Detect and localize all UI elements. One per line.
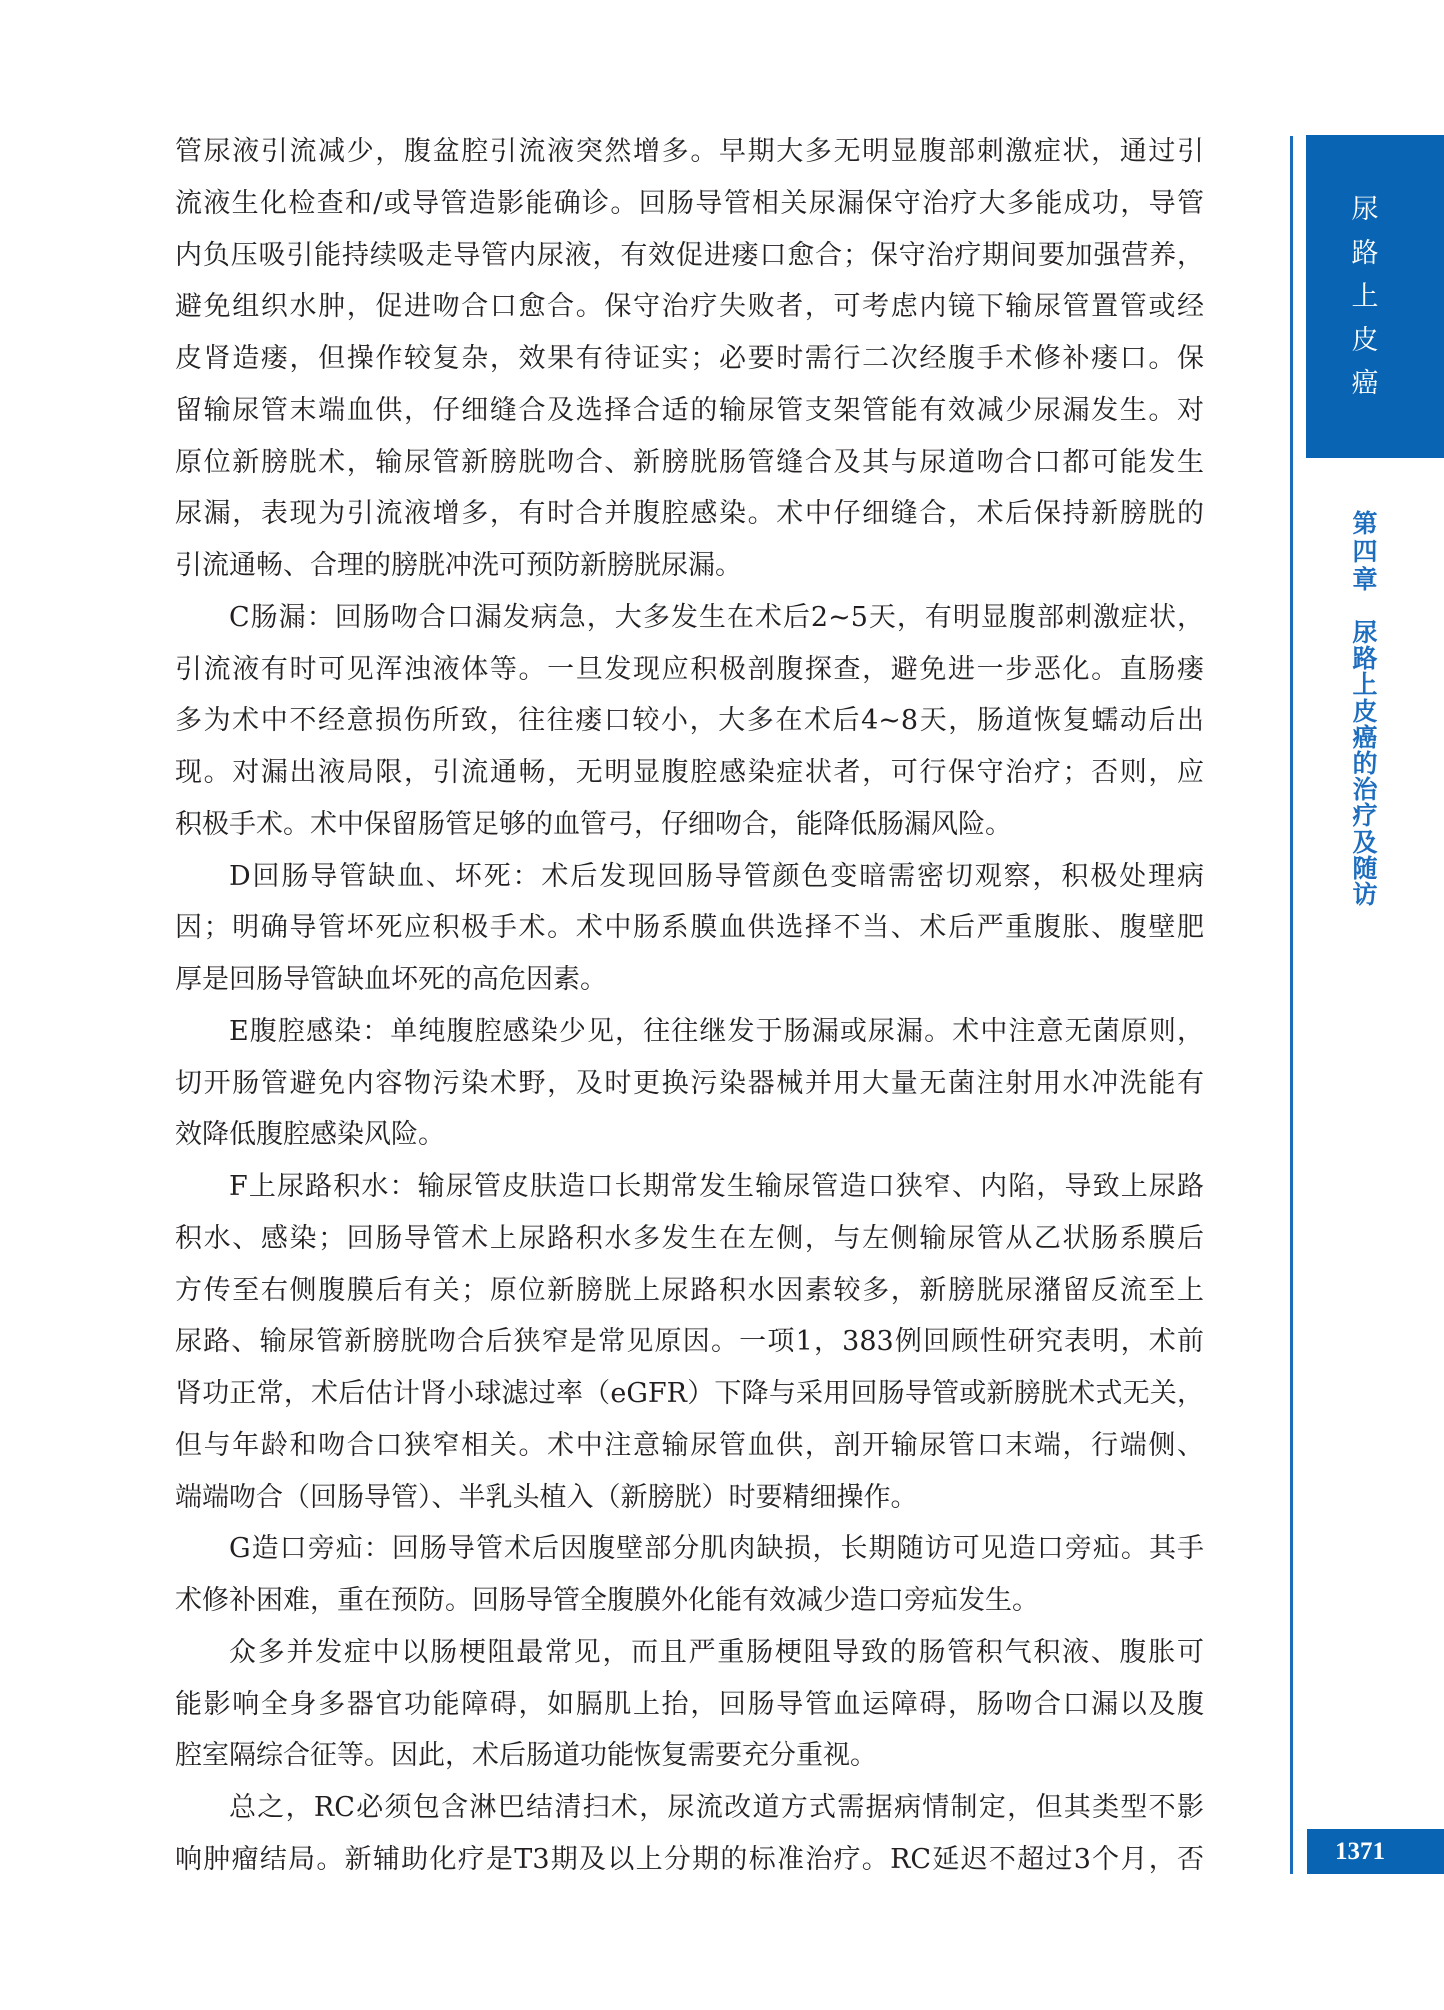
- section-tab-char: 上: [1306, 282, 1424, 312]
- text-line: 但与年龄和吻合口狭窄相关。术中注意输尿管血供，剖开输尿管口末端，行端侧、: [175, 1429, 1204, 1463]
- text-line: 尿路、输尿管新膀胱吻合后狭窄是常见原因。一项1，383例回顾性研究表明，术前: [175, 1325, 1204, 1359]
- paragraph-first-line: F上尿路积水：输尿管皮肤造口长期常发生输尿管造口狭窄、内陷，导致上尿路: [175, 1170, 1204, 1204]
- text-line: 留输尿管末端血供，仔细缝合及选择合适的输尿管支架管能有效减少尿漏发生。对: [175, 394, 1204, 428]
- chapter-title-char: 疗: [1349, 802, 1381, 830]
- paragraph-first-line: 众多并发症中以肠梗阻最常见，而且严重肠梗阻导致的肠管积气积液、腹胀可: [175, 1636, 1204, 1670]
- chapter-title-char: 及: [1349, 829, 1381, 857]
- text-line: 流液生化检查和/或导管造影能确诊。回肠导管相关尿漏保守治疗大多能成功，导管: [175, 187, 1204, 221]
- text-line: 效降低腹腔感染风险。: [175, 1118, 1204, 1152]
- text-line: 厚是回肠导管缺血坏死的高危因素。: [175, 963, 1204, 997]
- text-line: 原位新膀胱术，输尿管新膀胱吻合、新膀胱肠管缝合及其与尿道吻合口都可能发生: [175, 446, 1204, 480]
- text-line: 积水、感染；回肠导管术上尿路积水多发生在左侧，与左侧输尿管从乙状肠系膜后: [175, 1222, 1204, 1256]
- chapter-title-char: 治: [1349, 776, 1381, 804]
- text-line: 术修补困难，重在预防。回肠导管全腹膜外化能有效减少造口旁疝发生。: [175, 1584, 1204, 1618]
- paragraph-first-line: C肠漏：回肠吻合口漏发病急，大多发生在术后2~5天，有明显腹部刺激症状，: [175, 601, 1204, 635]
- text-line: 端端吻合（回肠导管）、半乳头植入（新膀胱）时要精细操作。: [175, 1481, 1204, 1515]
- chapter-title-char: [1349, 592, 1381, 620]
- margin-rule: [1290, 136, 1293, 1874]
- text-line: 引流通畅、合理的膀胱冲洗可预防新膀胱尿漏。: [175, 549, 1204, 583]
- chapter-title-char: 尿: [1349, 619, 1381, 647]
- text-line: 方传至右侧腹膜后有关；原位新膀胱上尿路积水因素较多，新膀胱尿潴留反流至上: [175, 1274, 1204, 1308]
- text-line: 切开肠管避免内容物污染术野，及时更换污染器械并用大量无菌注射用水冲洗能有: [175, 1067, 1204, 1101]
- chapter-title-char: 访: [1349, 881, 1381, 909]
- chapter-title-char: 的: [1349, 750, 1381, 778]
- document-page: 管尿液引流减少，腹盆腔引流液突然增多。早期大多无明显腹部刺激症状，通过引流液生化…: [0, 0, 1444, 2010]
- text-line: 皮肾造瘘，但操作较复杂，效果有待证实；必要时需行二次经腹手术修补瘘口。保: [175, 342, 1204, 376]
- chapter-title-char: 癌: [1349, 724, 1381, 752]
- chapter-title-char: 第: [1349, 510, 1381, 538]
- chapter-title-char: 章: [1349, 566, 1381, 594]
- text-line: 因；明确导管坏死应积极手术。术中肠系膜血供选择不当、术后严重腹胀、腹壁肥: [175, 911, 1204, 945]
- text-line: 积极手术。术中保留肠管足够的血管弓，仔细吻合，能降低肠漏风险。: [175, 808, 1204, 842]
- section-tab: 尿路上皮癌: [1306, 135, 1444, 458]
- text-line: 多为术中不经意损伤所致，往往瘘口较小，大多在术后4~8天，肠道恢复蠕动后出: [175, 704, 1204, 738]
- section-tab-char: 皮: [1306, 326, 1424, 356]
- text-line: 响肿瘤结局。新辅助化疗是T3期及以上分期的标准治疗。RC延迟不超过3个月，否: [175, 1843, 1204, 1877]
- page-number: 1371: [1335, 1829, 1385, 1874]
- paragraph-first-line: G造口旁疝：回肠导管术后因腹壁部分肌肉缺损，长期随访可见造口旁疝。其手: [175, 1532, 1204, 1566]
- text-line: 肾功正常，术后估计肾小球滤过率（eGFR）下降与采用回肠导管或新膀胱术式无关，: [175, 1377, 1204, 1411]
- paragraph-first-line: D回肠导管缺血、坏死：术后发现回肠导管颜色变暗需密切观察，积极处理病: [175, 860, 1204, 894]
- section-tab-char: 癌: [1306, 369, 1424, 399]
- paragraph-first-line: E腹腔感染：单纯腹腔感染少见，往往继发于肠漏或尿漏。术中注意无菌原则，: [175, 1015, 1204, 1049]
- section-tab-char: 尿: [1306, 195, 1424, 225]
- text-line: 避免组织水肿，促进吻合口愈合。保守治疗失败者，可考虑内镜下输尿管置管或经: [175, 290, 1204, 324]
- chapter-title-char: 皮: [1349, 698, 1381, 726]
- text-line: 管尿液引流减少，腹盆腔引流液突然增多。早期大多无明显腹部刺激症状，通过引: [175, 135, 1204, 169]
- chapter-title-char: 四: [1349, 538, 1381, 566]
- paragraph-first-line: 总之，RC必须包含淋巴结清扫术，尿流改道方式需据病情制定，但其类型不影: [175, 1791, 1204, 1825]
- page-number-box: 1371: [1307, 1829, 1444, 1874]
- text-line: 能影响全身多器官功能障碍，如膈肌上抬，回肠导管血运障碍，肠吻合口漏以及腹: [175, 1688, 1204, 1722]
- text-line: 引流液有时可见浑浊液体等。一旦发现应积极剖腹探查，避免进一步恶化。直肠瘘: [175, 653, 1204, 687]
- chapter-title-char: 上: [1349, 671, 1381, 699]
- text-line: 现。对漏出液局限，引流通畅，无明显腹腔感染症状者，可行保守治疗；否则，应: [175, 756, 1204, 790]
- text-line: 内负压吸引能持续吸走导管内尿液，有效促进瘘口愈合；保守治疗期间要加强营养，: [175, 239, 1204, 273]
- chapter-title-char: 路: [1349, 645, 1381, 673]
- text-line: 尿漏，表现为引流液增多，有时合并腹腔感染。术中仔细缝合，术后保持新膀胱的: [175, 497, 1204, 531]
- section-tab-char: 路: [1306, 239, 1424, 269]
- chapter-title-char: 随: [1349, 855, 1381, 883]
- text-line: 腔室隔综合征等。因此，术后肠道功能恢复需要充分重视。: [175, 1739, 1204, 1773]
